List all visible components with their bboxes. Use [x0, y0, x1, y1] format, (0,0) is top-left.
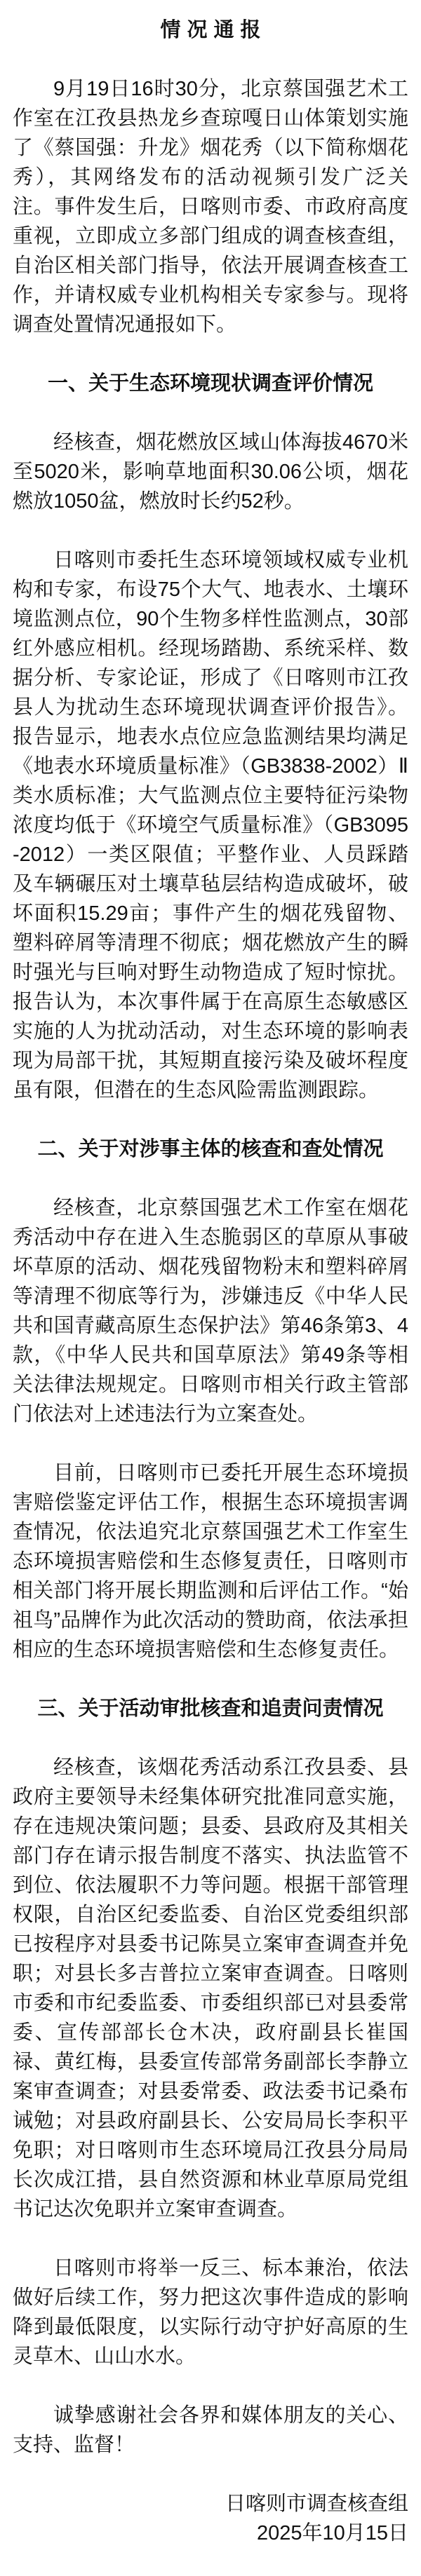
report-document: 情况通报 9月19日16时30分，北京蔡国强艺术工作室在江孜县热龙乡查琼嘎日山体… [0, 0, 421, 2576]
section-2-paragraph-2: 目前，日喀则市已委托开展生态环境损害赔偿鉴定评估工作，根据生态环境损害调查情况，… [13, 1458, 408, 1665]
section-1-heading: 一、关于生态环境现状调查评价情况 [13, 369, 408, 398]
closing-paragraph: 诚挚感谢社会各界和媒体朋友的关心、支持、监督！ [13, 2401, 408, 2460]
section-2-paragraph-1: 经核查，北京蔡国强艺术工作室在烟花秀活动中存在进入生态脆弱区的草原从事破坏草原的… [13, 1193, 408, 1429]
intro-paragraph: 9月19日16时30分，北京蔡国强艺术工作室在江孜县热龙乡查琼嘎日山体策划实施了… [13, 74, 408, 339]
section-1-paragraph-1: 经核查，烟花燃放区域山体海拔4670米至5020米，影响草地面积30.06公顷，… [13, 428, 408, 516]
section-2-heading: 二、关于对涉事主体的核查和查处情况 [13, 1134, 408, 1164]
signature-block: 日喀则市调查核查组 2025年10月15日 [13, 2489, 408, 2548]
signature-org: 日喀则市调查核查组 [13, 2489, 408, 2519]
section-3-paragraph-1: 经核查，该烟花秀活动系江孜县委、县政府主要领导未经集体研究批准同意实施，存在违规… [13, 1753, 408, 2224]
report-title: 情况通报 [13, 15, 408, 45]
section-1-paragraph-2: 日喀则市委托生态环境领域权威专业机构和专家，布设75个大气、地表水、土壤环境监测… [13, 545, 408, 1105]
signature-date: 2025年10月15日 [13, 2519, 408, 2548]
section-3-heading: 三、关于活动审批核查和追责问责情况 [13, 1694, 408, 1723]
section-3-paragraph-2: 日喀则市将举一反三、标本兼治，依法做好后续工作，努力把这次事件造成的影响降到最低… [13, 2253, 408, 2371]
